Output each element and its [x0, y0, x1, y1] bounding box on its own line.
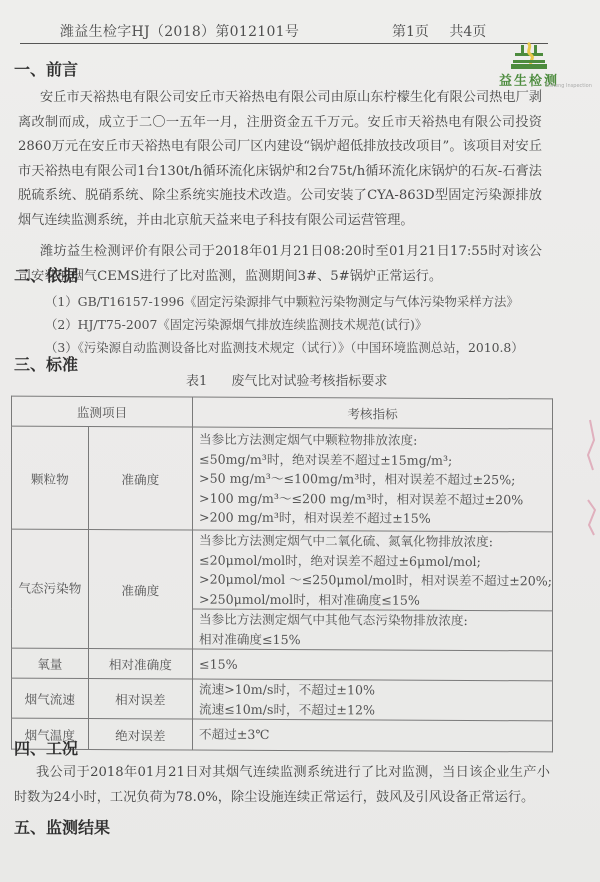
criteria-line: 流速>10m/s时，不超过±10% — [199, 680, 552, 701]
page-total: 共4页 — [449, 24, 486, 40]
preface-paragraph-2: 潍坊益生检测评价有限公司于2018年01月21日08:20时至01月21日17:… — [18, 240, 542, 289]
table-row: 颗粒物 准确度 当参比方法测定烟气中颗粒物排放浓度: ≤50mg/m³时，绝对误… — [12, 426, 553, 532]
section-title-monitoring-results: 五、监测结果 — [14, 815, 110, 838]
table-row: 烟气温度 绝对误差 不超过±3℃ — [12, 718, 553, 752]
criteria-oxygen: ≤15% — [193, 649, 553, 681]
seal-stamp-icon — [568, 410, 598, 560]
item-particulate: 颗粒物 — [12, 426, 89, 529]
criteria-line: 流速≤10m/s时，不超过±12% — [199, 699, 552, 720]
criteria-line: 当参比方法测定烟气中颗粒物排放浓度: — [199, 430, 552, 451]
section-title-standard: 三、标准 — [14, 352, 78, 375]
table-row: 烟气流速 相对误差 流速>10m/s时，不超过±10% 流速≤10m/s时，不超… — [12, 678, 553, 721]
metric-relative-accuracy: 相对准确度 — [88, 648, 192, 679]
operating-conditions-body: 我公司于2018年01月21日对其烟气连续监测系统进行了比对监测，当日该企业生产… — [14, 761, 550, 810]
metric-accuracy: 准确度 — [88, 529, 192, 649]
criteria-line: ≤15% — [199, 654, 552, 675]
table-row: 氧量 相对准确度 ≤15% — [12, 648, 553, 681]
page-current: 第1页 — [392, 24, 429, 40]
criteria-line: 相对准确度≤15% — [199, 629, 552, 650]
logo-subtitle: Yisheng Inspection — [545, 83, 592, 89]
criteria-line: ≤50mg/m³时，绝对误差不超过±15mg/m³; — [199, 449, 552, 470]
document-number: 潍益生检字HJ（2018）第012101号 — [60, 21, 299, 41]
table-caption: 表1 废气比对试验考核指标要求 — [186, 370, 387, 389]
item-oxygen: 氧量 — [12, 648, 89, 678]
criteria-line: 当参比方法测定烟气中其他气态污染物排放浓度: — [199, 610, 552, 631]
preface-body: 安丘市天裕热电有限公司安丘市天裕热电有限公司由原山东柠檬生化有限公司热电厂剥离改… — [18, 86, 542, 289]
table-header-row: 监测项目 考核指标 — [12, 396, 553, 429]
section-title-operating-conditions: 四、工况 — [14, 736, 78, 759]
section-title-basis: 二、依据 — [14, 263, 78, 286]
operating-conditions-paragraph: 我公司于2018年01月21日对其烟气连续监测系统进行了比对监测，当日该企业生产… — [14, 761, 550, 810]
criteria-line: >250μmol/mol时，相对准确度≤15% — [199, 589, 552, 610]
item-gaseous-pollutants: 气态污染物 — [12, 529, 89, 648]
header-divider — [20, 43, 548, 44]
metric-absolute-error: 绝对误差 — [88, 718, 192, 750]
header-assessment-criteria: 考核指标 — [193, 397, 553, 429]
criteria-line: 当参比方法测定烟气中二氧化硫、氮氧化物排放浓度: — [199, 531, 552, 552]
criteria-line: 不超过±3℃ — [199, 725, 552, 746]
page-indicator: 第1页 共4页 — [392, 21, 502, 41]
table-row: 气态污染物 准确度 当参比方法测定烟气中二氧化硫、氮氧化物排放浓度: ≤20μm… — [12, 529, 553, 611]
preface-paragraph-1: 安丘市天裕热电有限公司安丘市天裕热电有限公司由原山东柠檬生化有限公司热电厂剥离改… — [18, 86, 542, 233]
header-monitoring-item: 监测项目 — [12, 396, 193, 427]
reference-1: （1）GB/T16157-1996《固定污染源排气中颗粒污染物测定与气体污染物采… — [45, 290, 519, 314]
metric-relative-error: 相对误差 — [88, 678, 192, 719]
table-caption-number: 表1 — [186, 374, 207, 389]
criteria-line: >200 mg/m³时，相对误差不超过±15% — [199, 508, 552, 529]
criteria-line: >20μmol/mol ～≤250μmol/mol时，相对误差不超过±20%; — [199, 570, 552, 591]
criteria-gaseous-other: 当参比方法测定烟气中其他气态污染物排放浓度: 相对准确度≤15% — [193, 609, 553, 651]
criteria-particulate: 当参比方法测定烟气中颗粒物排放浓度: ≤50mg/m³时，绝对误差不超过±15m… — [193, 427, 553, 532]
criteria-gaseous-so2-nox: 当参比方法测定烟气中二氧化硫、氮氧化物排放浓度: ≤20μmol/mol时，绝对… — [193, 530, 553, 611]
table-caption-text: 废气比对试验考核指标要求 — [231, 374, 387, 389]
criteria-table: 监测项目 考核指标 颗粒物 准确度 当参比方法测定烟气中颗粒物排放浓度: ≤50… — [11, 396, 553, 753]
reference-2: （2）HJ/T75-2007《固定污染源烟气排放连续监测技术规范(试行)》 — [45, 313, 427, 337]
reference-3: （3）《污染源自动监测设备比对监测技术规定（试行）》（中国环境监测总站，2010… — [45, 336, 524, 360]
section-title-preface: 一、前言 — [14, 57, 78, 80]
item-flue-gas-velocity: 烟气流速 — [12, 678, 89, 718]
criteria-line: >100 mg/m³～≤200 mg/m³时，相对误差不超过±20% — [199, 488, 552, 509]
criteria-velocity: 流速>10m/s时，不超过±10% 流速≤10m/s时，不超过±12% — [193, 679, 553, 721]
criteria-temperature: 不超过±3℃ — [193, 719, 553, 752]
criteria-line: ≤20μmol/mol时，绝对误差不超过±6μmol/mol; — [199, 550, 552, 571]
criteria-line: >50 mg/m³～≤100mg/m³时，相对误差不超过±25%; — [199, 469, 552, 490]
metric-accuracy: 准确度 — [88, 426, 192, 530]
